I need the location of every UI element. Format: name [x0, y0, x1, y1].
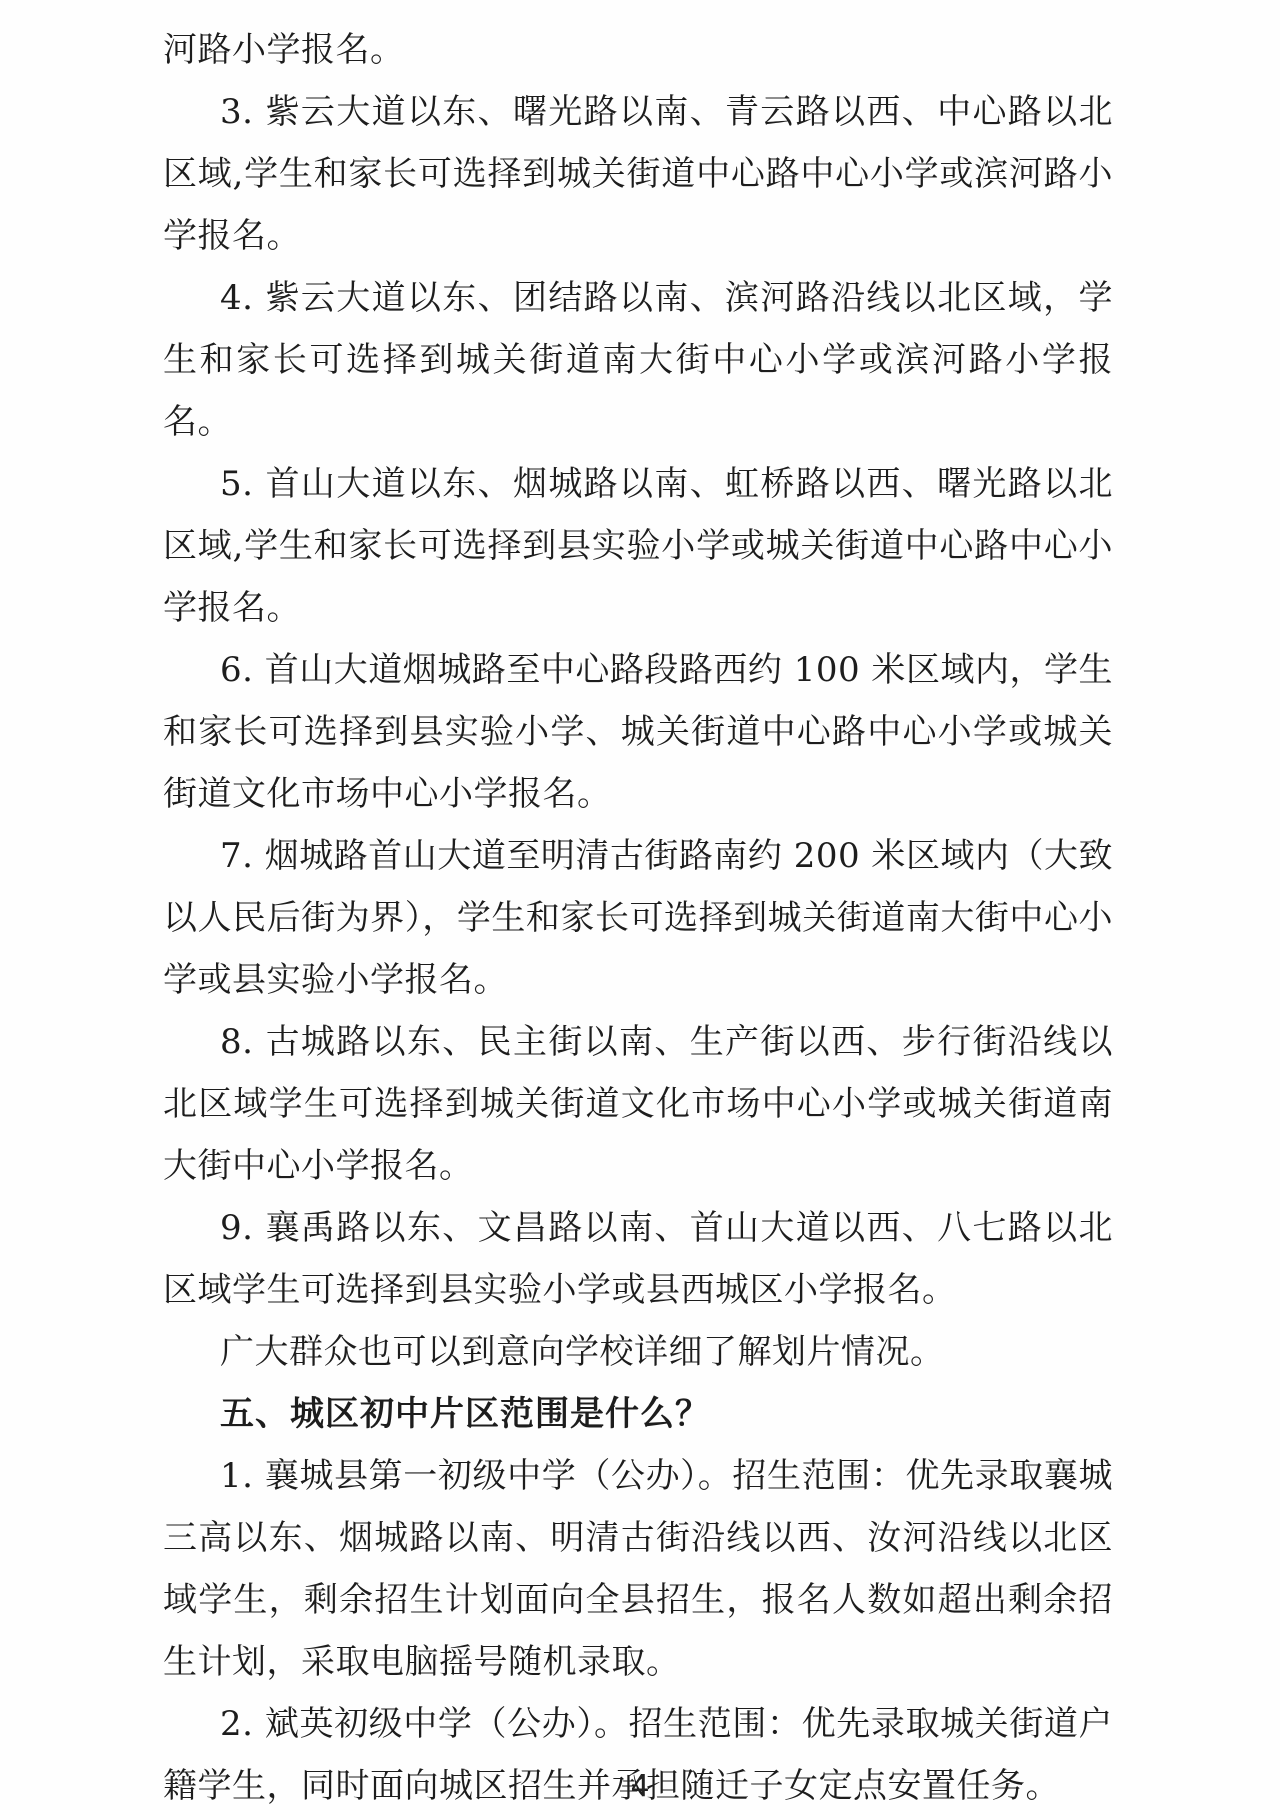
- paragraph-item-4: 4. 紫云大道以东、团结路以南、滨河路沿线以北区域，学生和家长可选择到城关街道南…: [163, 267, 1113, 453]
- paragraph-item-9: 9. 襄禹路以东、文昌路以南、首山大道以西、八七路以北区域学生可选择到县实验小学…: [163, 1197, 1113, 1321]
- paragraph-continuation: 河路小学报名。: [163, 19, 1113, 81]
- paragraph-item-8: 8. 古城路以东、民主街以南、生产街以西、步行街沿线以北区域学生可选择到城关街道…: [163, 1011, 1113, 1197]
- paragraph-item-6: 6. 首山大道烟城路至中心路段路西约 100 米区域内，学生和家长可选择到县实验…: [163, 639, 1113, 825]
- document-page: 河路小学报名。 3. 紫云大道以东、曙光路以南、青云路以西、中心路以北区域,学生…: [0, 0, 1280, 1810]
- paragraph-item-5: 5. 首山大道以东、烟城路以南、虹桥路以西、曙光路以北区域,学生和家长可选择到县…: [163, 453, 1113, 639]
- document-body: 河路小学报名。 3. 紫云大道以东、曙光路以南、青云路以西、中心路以北区域,学生…: [163, 19, 1113, 1810]
- paragraph-item-7: 7. 烟城路首山大道至明清古街路南约 200 米区域内（大致以人民后街为界），学…: [163, 825, 1113, 1011]
- paragraph-item-3: 3. 紫云大道以东、曙光路以南、青云路以西、中心路以北区域,学生和家长可选择到城…: [163, 81, 1113, 267]
- paragraph-note: 广大群众也可以到意向学校详细了解划片情况。: [163, 1321, 1113, 1383]
- section-heading: 五、城区初中片区范围是什么？: [163, 1383, 1113, 1445]
- paragraph-middle-school-1: 1. 襄城县第一初级中学（公办）。招生范围：优先录取襄城三高以东、烟城路以南、明…: [163, 1445, 1113, 1693]
- page-number: 4: [0, 1770, 1280, 1804]
